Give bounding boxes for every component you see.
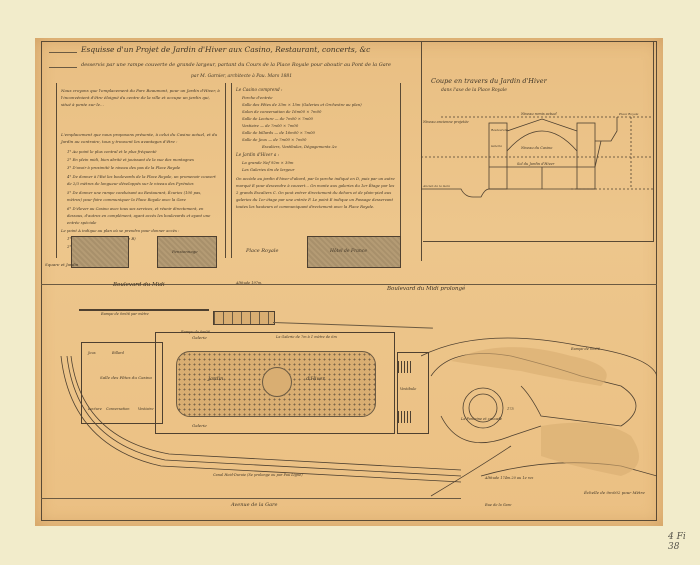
legend-row: Escaliers, Vestibules, Dégagements &c [262, 144, 337, 149]
cross-section-drawing: Niveau remis actuel Niveau ancienne proj… [421, 101, 653, 221]
building-label: Hôtel de France [330, 249, 367, 254]
drawing-sheet: Esquisse d'un Projet de Jardin d'Hiver a… [35, 38, 663, 526]
section-label: Ancien de la Gare [422, 184, 450, 188]
scale-label: Échelle de 0m002 pour Mètre [584, 490, 645, 495]
legend-row: Salle des Fêtes de 33m × 15m (Galeries e… [242, 102, 362, 107]
legend-row: Salon de conversation de 16m00 × 7m00 [242, 109, 321, 114]
rule [49, 52, 77, 53]
place-royale-label: Place Royale [246, 248, 278, 254]
section-label: Sol du Jardin d'Hiver [517, 162, 555, 166]
cross-section-title: Coupe en travers du Jardin d'Hiver [431, 77, 547, 85]
planting-bed [541, 423, 639, 476]
section-label: Galerie [491, 144, 502, 148]
room-label: Billard [112, 351, 124, 355]
ramp-wall [79, 309, 209, 311]
legend-item: 6° D'élever au Casino avec tous ses serv… [67, 205, 217, 226]
section-label: Niveau du Casino [520, 146, 552, 150]
covered-arcade [213, 311, 275, 325]
ramp-edge [273, 322, 433, 329]
legend-row: Salle de Lecture — de 7m00 × 7m00 [242, 116, 313, 121]
canal-label: Canal Heid-Duraie (Se prolonge ou par Pa… [213, 473, 303, 477]
left-note: Square et Jardin [45, 262, 78, 267]
boulevard-east-label: Boulevard du Midi prolongé [387, 286, 465, 292]
legend-item: 4° De donner à l'Est les boulevards de l… [67, 173, 217, 187]
avenue-label: Avenue de la Gare [231, 502, 277, 508]
ramp-label: Rampe de 0m06 par mètre [101, 312, 149, 316]
legend-item: 3° D'avoir à proximité le niveau des pas… [67, 165, 180, 170]
rue-gare-label: Rue de la Gare [485, 503, 511, 507]
planting-bed [451, 347, 607, 386]
legend-left: Nous croyons que l'emplacement du Parc B… [56, 83, 226, 258]
building-pensionnage: Pensionnage [157, 236, 217, 268]
legend-row: Porche d'entrée [242, 95, 273, 100]
building-block [71, 236, 129, 268]
section-label: Niveau ancienne projetée [422, 120, 469, 124]
sheet-stamp: 4 Fi 38 [668, 532, 700, 552]
legend-paragraph-2: L'emplacement que nous proposons présent… [61, 131, 221, 145]
legend-item: 2° En plein midi, bien abrité et jouissa… [67, 157, 194, 162]
legend-row: Les Galeries 6m de largeur [242, 167, 294, 172]
fountain-label: La Fontaine et cascade [460, 417, 502, 421]
legend-note: Le point A indique au plan où se prendra… [61, 228, 179, 233]
gallery-note: La Galerie de 7m à 1 mètre de 6m [276, 335, 337, 339]
cross-section-panel: Coupe en travers du Jardin d'Hiver dans … [421, 41, 657, 261]
gallery-top-label: Galerie [192, 335, 207, 340]
legend-row: Vestiaire — de 7m00 × 7m00 [242, 123, 298, 128]
fountain-level: 175 [507, 407, 514, 411]
title-block: Esquisse d'un Projet de Jardin d'Hiver a… [41, 41, 422, 261]
legend-paragraph-1: Nous croyons que l'emplacement du Parc B… [61, 87, 221, 108]
altitude-top-label: Altitude 197m. [236, 281, 262, 285]
legend-row: Salle de Jeux — de 7m00 × 7m00 [242, 137, 306, 142]
legend-item: 1° Au point le plus central et le plus f… [67, 149, 157, 154]
avenue-edge [41, 498, 461, 499]
canal [41, 356, 461, 486]
rule [49, 67, 77, 68]
title-line-3: par M. Garnier, architecte à Pau. Mars 1… [191, 74, 292, 79]
title-line-2: desservis par une rampe couverte de gran… [81, 62, 391, 68]
building-label: Pensionnage [172, 249, 198, 254]
site-plan: Boulevard du Midi Altitude 197m. Bouleva… [41, 276, 657, 521]
legend-row: Salle de billards — de 16m00 × 7m00 [242, 130, 315, 135]
section-label: Place Royale [618, 112, 639, 116]
legend-heading: Le Jardin d'Hiver a : [236, 152, 279, 157]
building-hotel-de-france: Hôtel de France [307, 236, 401, 268]
title-line-1: Esquisse d'un Projet de Jardin d'Hiver a… [81, 45, 370, 54]
legend-heading: Le Casino comprend : [236, 87, 282, 92]
legend-right: Le Casino comprend : Porche d'entrée Sal… [231, 83, 401, 258]
altitude-bottom-label: Altitude 174m.20 au 1e rez [485, 476, 533, 480]
boulevard-west-label: Boulevard du Midi [113, 282, 165, 288]
cross-section-subtitle: dans l'axe de la Place Royale [441, 88, 507, 93]
section-label: Restaurant [490, 128, 509, 132]
section-label: Niveau remis actuel [520, 112, 557, 116]
legend-item: 5° De donner une rampe conduisant au Res… [67, 189, 217, 203]
legend-row: La grande Nef 92m × 30m [242, 160, 293, 165]
room-label: Jeux [88, 351, 96, 355]
legend-paragraph: On accède au jardin d'hiver d'abord, par… [236, 175, 396, 210]
ramp-east-label: Rampe de 0m06 [570, 347, 601, 351]
